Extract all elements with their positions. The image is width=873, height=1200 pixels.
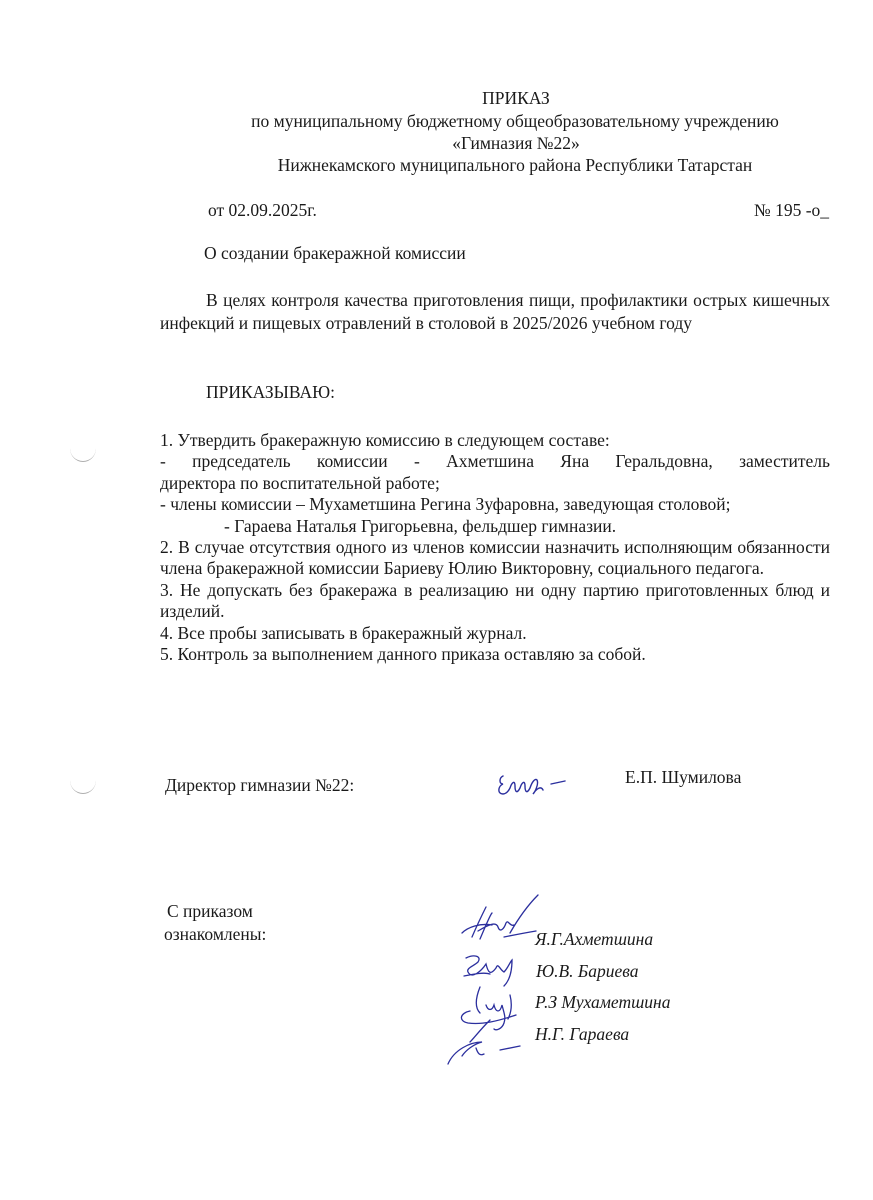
header-line-institution-type: по муниципальному бюджетному общеобразов… — [200, 111, 830, 132]
order-number: № 195 -о_ — [754, 200, 829, 221]
acknowledgement-label: С приказом — [167, 901, 253, 922]
order-subject: О создании бракеражной комиссии — [204, 243, 466, 264]
commission-chair-line-cont: директора по воспитательной работе; — [160, 473, 830, 494]
director-signature-icon — [497, 768, 569, 800]
document-title: ПРИКАЗ — [236, 88, 796, 109]
signature-garaeva-icon — [440, 1020, 530, 1070]
order-item-1: 1. Утвердить бракеражную комиссию в след… — [160, 430, 830, 451]
order-date: от 02.09.2025г. — [208, 200, 317, 221]
acknowledged-name: Н.Г. Гараева — [535, 1024, 629, 1045]
commission-members-line: - члены комиссии – Мухаметшина Регина Зу… — [160, 494, 830, 515]
header-line-institution-name: «Гимназия №22» — [236, 133, 796, 154]
acknowledged-name: Я.Г.Ахметшина — [535, 929, 653, 950]
order-item-3: 3. Не допускать без бракеража в реализац… — [160, 580, 830, 623]
commission-chair-line: - председатель комиссии - Ахметшина Яна … — [160, 451, 830, 472]
acknowledged-name: Р.З Мухаметшина — [535, 992, 671, 1013]
commission-member-line: - Гараева Наталья Григорьевна, фельдшер … — [160, 516, 830, 537]
hole-punch-mark — [70, 435, 96, 462]
order-heading: ПРИКАЗЫВАЮ: — [206, 382, 335, 403]
preamble: В целях контроля качества приготовления … — [160, 289, 830, 335]
hole-punch-mark — [70, 767, 96, 794]
director-name: Е.П. Шумилова — [625, 767, 741, 788]
order-item-2: 2. В случае отсутствия одного из членов … — [160, 537, 830, 580]
header-line-region: Нижнекамского муниципального района Респ… — [200, 155, 830, 176]
order-items: 1. Утвердить бракеражную комиссию в след… — [160, 430, 830, 665]
acknowledgement-label-cont: ознакомлены: — [164, 924, 266, 945]
order-item-4: 4. Все пробы записывать в бракеражный жу… — [160, 623, 830, 644]
director-label: Директор гимназии №22: — [165, 775, 354, 796]
order-item-5: 5. Контроль за выполнением данного прика… — [160, 644, 830, 665]
acknowledged-name: Ю.В. Бариева — [536, 961, 638, 982]
